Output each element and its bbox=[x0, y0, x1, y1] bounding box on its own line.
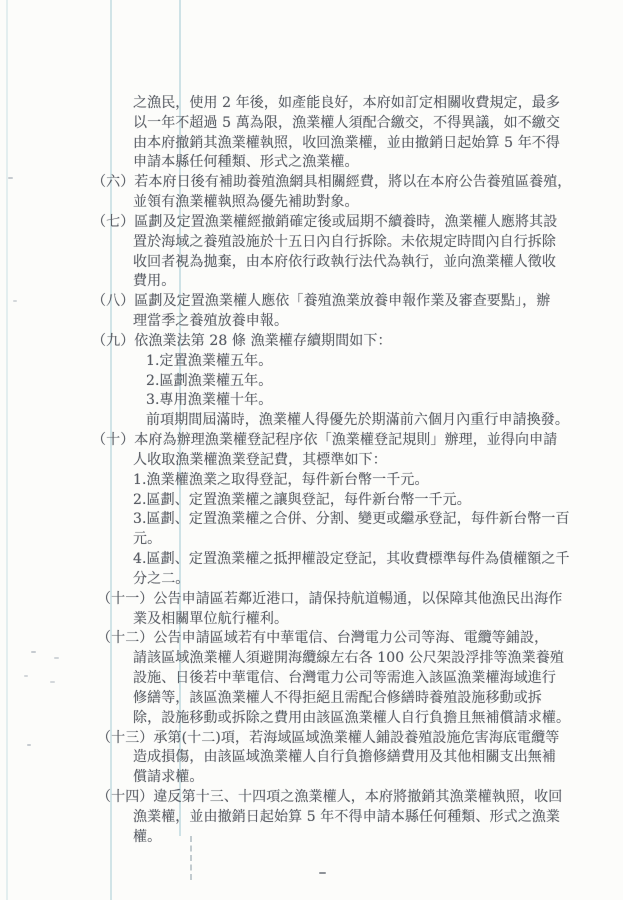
document-line-item-14: （十四）違反第十三、十四項之漁業權人，本府將撤銷其漁業權執照，收回 bbox=[0, 788, 623, 808]
document-line-sublist: 4.區劃、定置漁業權之抵押權設定登記，其收費標準每件為債權額之千 bbox=[0, 550, 623, 570]
document-line-sublist: 3.專用漁業權十年。 bbox=[0, 391, 623, 411]
document-line: 理當季之養殖放養申報。 bbox=[0, 312, 623, 332]
document-line: 前項期間屆滿時，漁業權人得優先於期滿前六個月內重行申請換發。 bbox=[0, 411, 623, 431]
document-line: 之漁民，使用 2 年後，如產能良好，本府如訂定相關收費規定，最多 bbox=[0, 94, 623, 114]
document-line-sublist: 2.區劃、定置漁業權之讓與登記，每件新台幣一千元。 bbox=[0, 491, 623, 511]
document-line: 元。 bbox=[0, 530, 623, 550]
document-line-sublist: 2.區劃漁業權五年。 bbox=[0, 372, 623, 392]
document-line: 設施、日後若中華電信、台灣電力公司等需進入該區漁業權海域進行 bbox=[0, 669, 623, 689]
document-line: 請該區域漁業權人須避開海纜線左右各 100 公尺架設浮排等漁業養殖 bbox=[0, 649, 623, 669]
document-line: 並領有漁業權執照為優先補助對象。 bbox=[0, 193, 623, 213]
document-line: 除，設施移動或拆除之費用由該區漁業權人自行負擔且無補償請求權。 bbox=[0, 709, 623, 729]
scanned-document-page: 之漁民，使用 2 年後，如產能良好，本府如訂定相關收費規定，最多 以一年不超過 … bbox=[0, 0, 623, 900]
document-line-item-10: （十）本府為辦理漁業權登記程序依「漁業權登記規則」辦理，並得向申請 bbox=[0, 431, 623, 451]
bottom-center-dash bbox=[319, 872, 326, 874]
document-line: 由本府撤銷其漁業權執照，收回漁業權，並由撤銷日起始算 5 年不得 bbox=[0, 134, 623, 154]
document-line-item-13: （十三）承第(十二)項，若海域區域漁業權人鋪設養殖設施危害海底電纜等 bbox=[0, 729, 623, 749]
document-line: 造成損傷，由該區域漁業權人自行負擔修繕費用及其他相關支出無補 bbox=[0, 748, 623, 768]
document-line: 以一年不超過 5 萬為限，漁業權人須配合繳交，不得異議，如不繳交 bbox=[0, 114, 623, 134]
document-line: 權。 bbox=[0, 828, 623, 848]
document-line: 置於海域之養殖設施於十五日內自行拆除。未依規定時間內自行拆除 bbox=[0, 233, 623, 253]
document-line: 償請求權。 bbox=[0, 768, 623, 788]
document-line-item-6: （六）若本府日後有補助養殖漁網具相關經費，將以在本府公告養殖區養殖， bbox=[0, 173, 623, 193]
document-line: 人收取漁業權漁業登記費，其標準如下： bbox=[0, 451, 623, 471]
document-line-item-11: （十一）公告申請區若鄰近港口，請保持航道暢通，以保障其他漁民出海作 bbox=[0, 590, 623, 610]
document-line: 業及相關單位航行權利。 bbox=[0, 610, 623, 630]
document-line-item-8: （八）區劃及定置漁業權人應依「養殖漁業放養申報作業及審查要點」，辦 bbox=[0, 292, 623, 312]
document-line-sublist: 1.定置漁業權五年。 bbox=[0, 352, 623, 372]
document-line: 修繕等，該區漁業權人不得拒絕且需配合修繕時養殖設施移動或拆 bbox=[0, 689, 623, 709]
document-text-block: 之漁民，使用 2 年後，如產能良好，本府如訂定相關收費規定，最多 以一年不超過 … bbox=[0, 94, 623, 847]
document-line-item-9: （九）依漁業法第 28 條 漁業權存續期間如下： bbox=[0, 332, 623, 352]
document-line-sublist: 3.區劃、定置漁業權之合併、分割、變更或繼承登記，每件新台幣一百 bbox=[0, 510, 623, 530]
document-line-item-12: （十二）公告申請區域若有中華電信、台灣電力公司等海、電纜等鋪設， bbox=[0, 629, 623, 649]
document-line: 收回者視為拋棄，由本府依行政執行法代為執行，並向漁業權人徵收 bbox=[0, 253, 623, 273]
document-line: 申請本縣任何種類、形式之漁業權。 bbox=[0, 153, 623, 173]
document-line-item-7: （七）區劃及定置漁業權經撤銷確定後或屆期不續養時，漁業權人應將其設 bbox=[0, 213, 623, 233]
document-line: 分之二。 bbox=[0, 570, 623, 590]
document-line: 漁業權，並由撤銷日起始算 5 年不得申請本縣任何種類、形式之漁業 bbox=[0, 808, 623, 828]
document-line: 費用。 bbox=[0, 272, 623, 292]
document-line-sublist: 1.漁業權漁業之取得登記，每件新台幣一千元。 bbox=[0, 471, 623, 491]
